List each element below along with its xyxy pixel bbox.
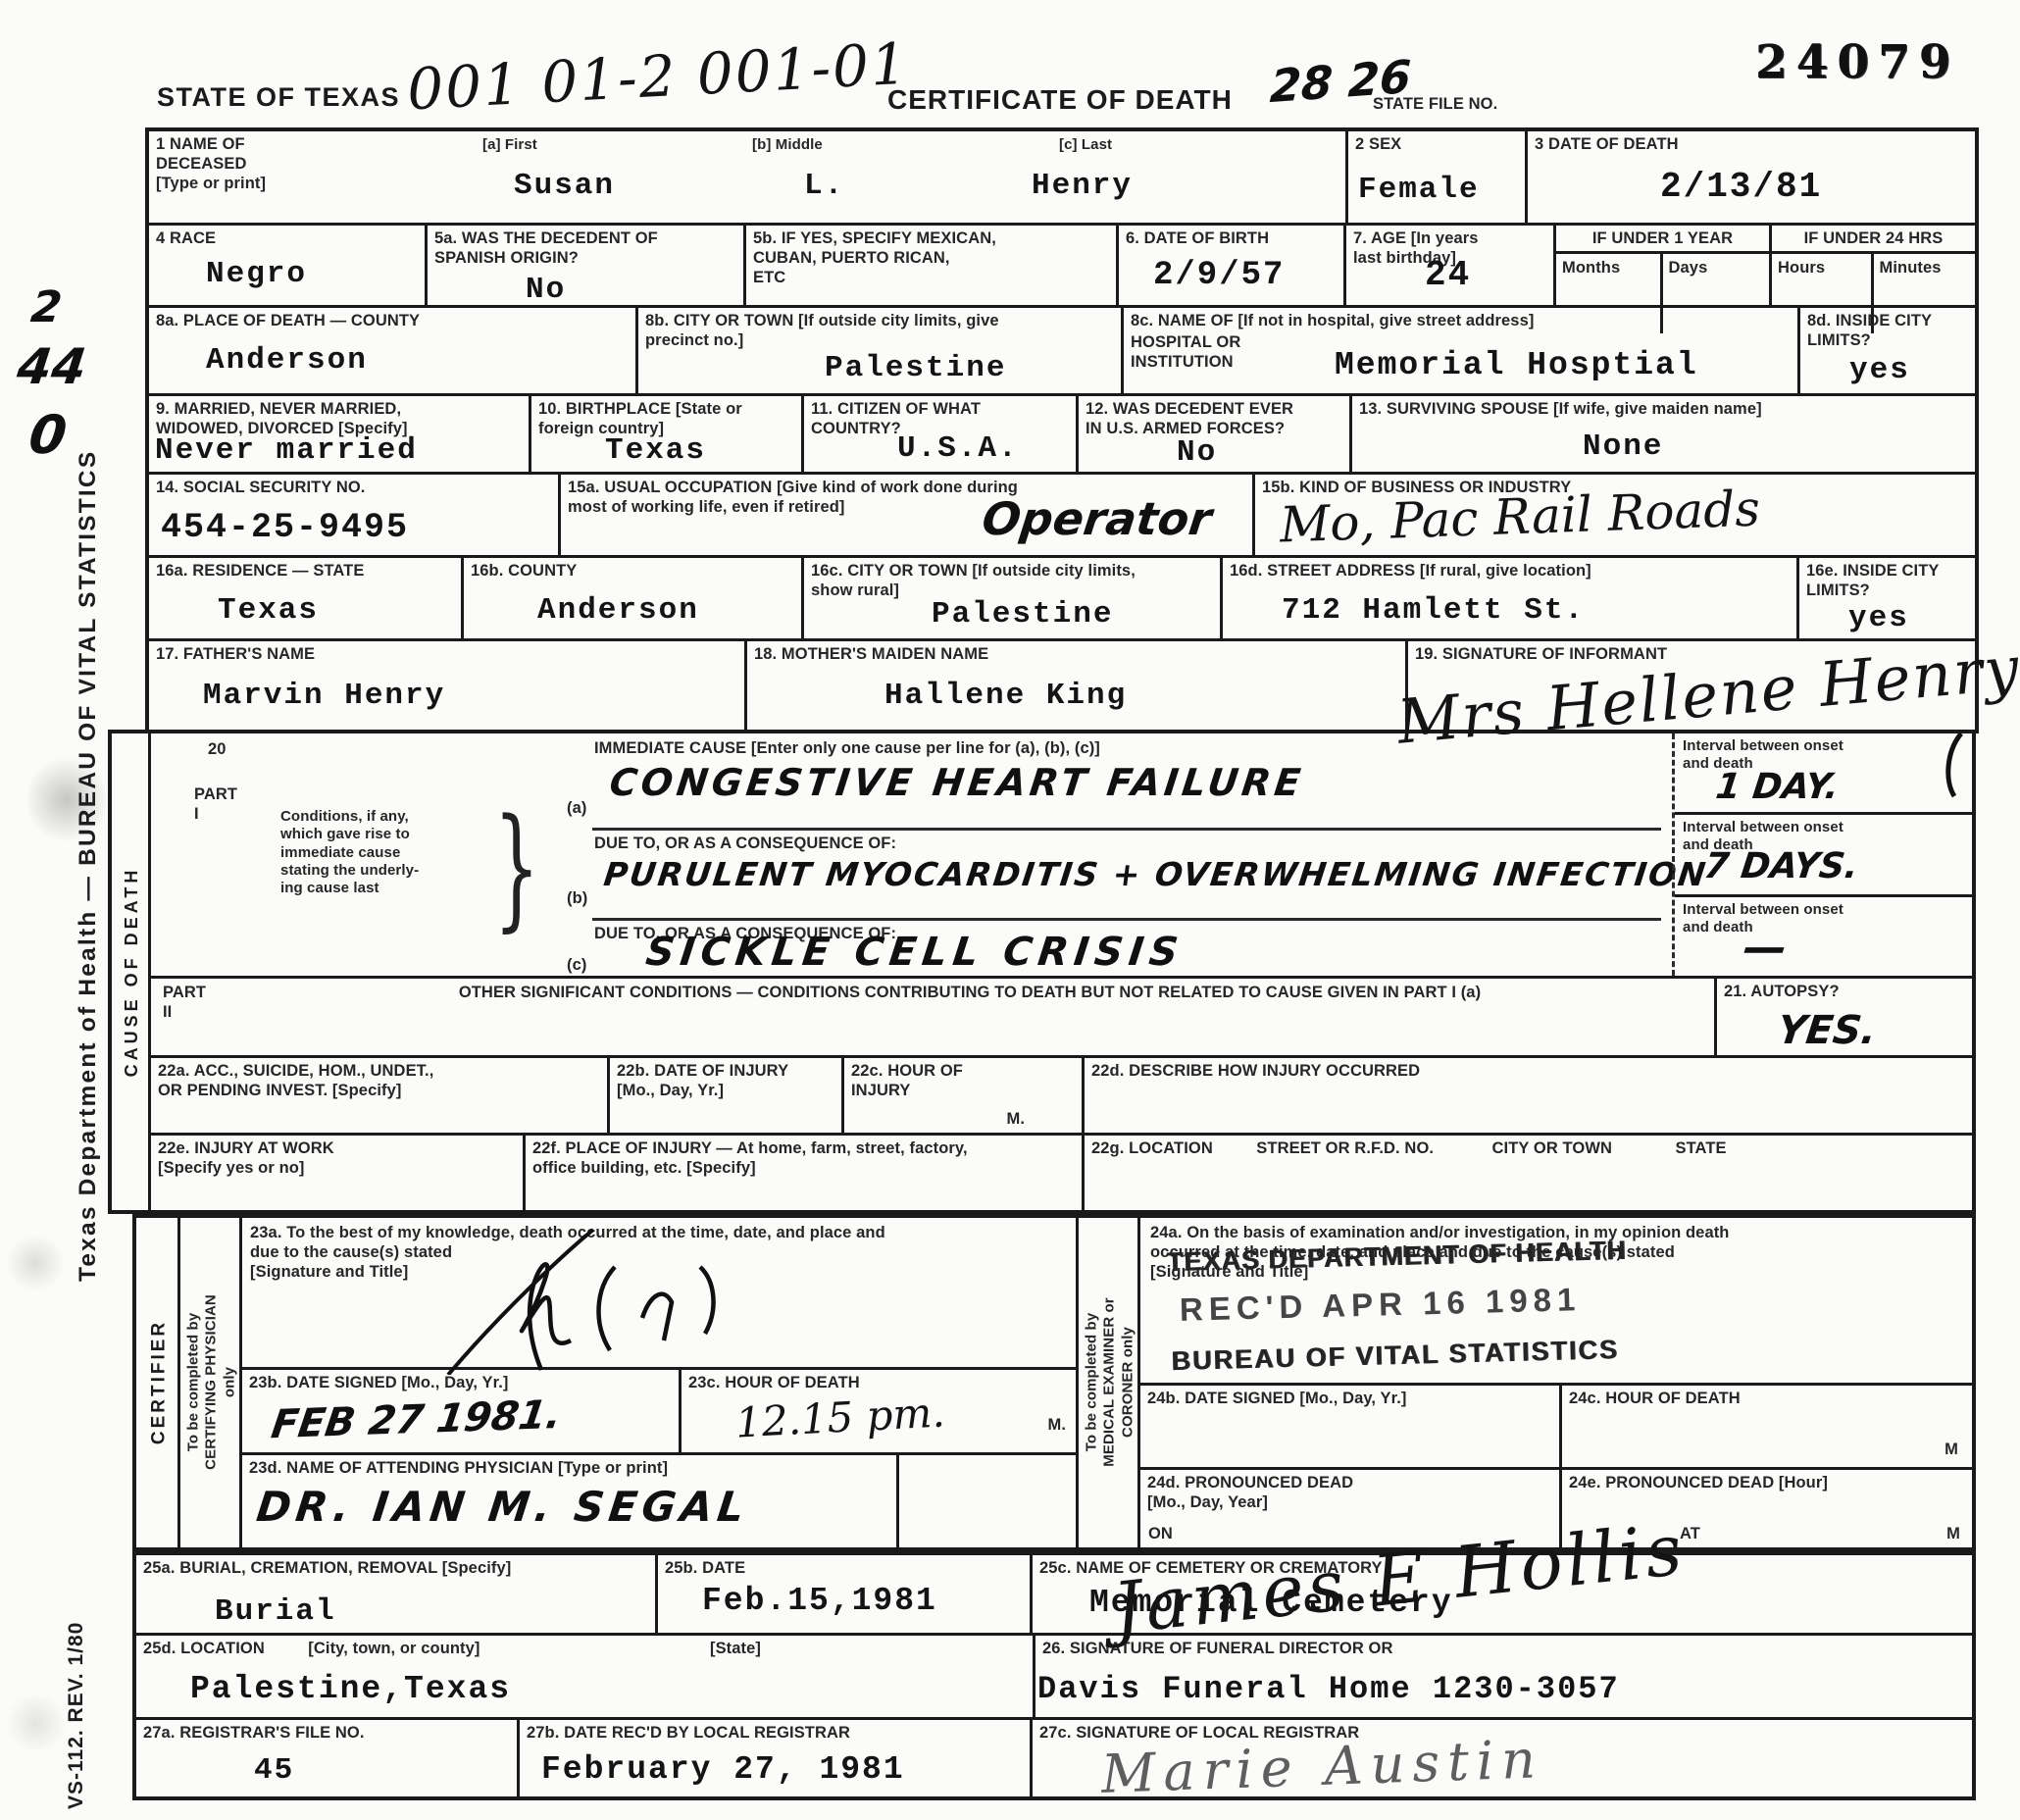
cause-part1-block: 20 PART I Conditions, if any, which gave… [151, 733, 1972, 979]
field-spanish-origin: 5a. WAS THE DECEDENT OF SPANISH ORIGIN? … [428, 226, 746, 305]
residence-county-value: Anderson [537, 593, 699, 628]
field-name-label: 1 NAME OF DECEASED [Type or print] [156, 134, 377, 193]
cause-line-b-value: PURULENT MYOCARDITIS + OVERWHELMING INFE… [602, 855, 1710, 893]
row-place-of-death: 8a. PLACE OF DEATH — COUNTY Anderson 8b.… [149, 308, 1975, 396]
row-location-funeral: 25d. LOCATION [City, town, or county] [S… [136, 1636, 1972, 1720]
hour-of-death-23c-value: 12.15 pm. [734, 1388, 946, 1446]
scan-smudge [6, 1234, 65, 1292]
form-upper-section: 1 NAME OF DECEASED [Type or print] [a] F… [145, 127, 1979, 733]
field-residence-city: 16c. CITY OR TOWN [If outside city limit… [804, 558, 1223, 638]
autopsy-value: YES. [1775, 1008, 1879, 1053]
place-county-label: 8a. PLACE OF DEATH — COUNTY [156, 311, 629, 330]
field-marital-status: 9. MARRIED, NEVER MARRIED, WIDOWED, DIVO… [149, 396, 531, 472]
field-funeral-director: 26. SIGNATURE OF FUNERAL DIRECTOR OR Dav… [1035, 1636, 1969, 1717]
residence-city-value: Palestine [932, 597, 1113, 632]
father-name-value: Marvin Henry [203, 679, 445, 713]
ssn-label: 14. SOCIAL SECURITY NO. [156, 478, 551, 497]
cause-line-b-rule [592, 918, 1661, 921]
field-business-industry: 15b. KIND OF BUSINESS OR INDUSTRY Mo, Pa… [1255, 475, 1975, 555]
field-place-city: 8b. CITY OR TOWN [If outside city limits… [638, 308, 1124, 393]
immediate-cause-label: IMMEDIATE CAUSE [Enter only one cause pe… [594, 738, 1100, 758]
certifying-physician-strip: To be completed by CERTIFYING PHYSICIAN … [180, 1218, 242, 1547]
middle-name-label: [b] Middle [752, 136, 823, 154]
stamp-line-3: BUREAU OF VITAL STATISTICS [1171, 1335, 1630, 1377]
burial-type-label: 25a. BURIAL, CREMATION, REMOVAL [Specify… [143, 1558, 648, 1578]
spanish-origin-label: 5a. WAS THE DECEDENT OF SPANISH ORIGIN? [434, 228, 736, 268]
burial-date-label: 25b. DATE [665, 1558, 1023, 1578]
how-injury-label: 22d. DESCRIBE HOW INJURY OCCURRED [1091, 1061, 1962, 1081]
ssn-value: 454-25-9495 [161, 508, 409, 547]
hospital-label: 8c. NAME OF [If not in hospital, give st… [1131, 311, 1791, 330]
pronounced-on-label: ON [1148, 1524, 1173, 1543]
handwritten-file-numbers: 001 01-2 001-01 [406, 30, 911, 124]
interval-c-label: Interval between onset and death [1683, 901, 1964, 937]
field-hour-of-injury: 22c. HOUR OF INJURY M. [844, 1058, 1085, 1133]
date-signed-24b-label: 24b. DATE SIGNED [Mo., Day, Yr.] [1147, 1389, 1552, 1408]
row-race-age: 4 RACE Negro 5a. WAS THE DECEDENT OF SPA… [149, 226, 1975, 308]
sex-label: 2 SEX [1355, 134, 1518, 154]
mother-maiden-value: Hallene King [884, 679, 1127, 713]
field-sex: 2 SEX Female [1348, 131, 1528, 223]
field-burial-type: 25a. BURIAL, CREMATION, REMOVAL [Specify… [136, 1555, 658, 1633]
field-registrar-date: 27b. DATE REC'D BY LOCAL REGISTRAR Febru… [520, 1720, 1033, 1796]
interval-a-value: 1 DAY. [1713, 767, 1841, 807]
row-marital: 9. MARRIED, NEVER MARRIED, WIDOWED, DIVO… [149, 396, 1975, 475]
part2-text: OTHER SIGNIFICANT CONDITIONS — CONDITION… [269, 983, 1671, 1002]
field-if-under-24-hrs: IF UNDER 24 HRS Hours Minutes [1772, 226, 1975, 305]
row-parents-informant: 17. FATHER'S NAME Marvin Henry 18. MOTHE… [149, 641, 1975, 730]
injury-row-2: 22e. INJURY AT WORK [Specify yes or no] … [151, 1136, 1972, 1210]
field-date-signed-24b: 24b. DATE SIGNED [Mo., Day, Yr.] [1140, 1386, 1562, 1467]
margin-note-1: 2 [28, 282, 65, 332]
date-of-death-value: 2/13/81 [1660, 167, 1822, 207]
field-specify-origin: 5b. IF YES, SPECIFY MEXICAN, CUBAN, PUER… [746, 226, 1119, 305]
cause-line-c-value: SICKLE CELL CRISIS [643, 930, 1187, 975]
field-hour-of-death-23c: 23c. HOUR OF DEATH 12.15 pm. M. [682, 1370, 1076, 1452]
injury-city-header: CITY OR TOWN [1492, 1139, 1613, 1157]
hour-of-death-24c-label: 24c. HOUR OF DEATH [1569, 1389, 1965, 1408]
field-surviving-spouse: 13. SURVIVING SPOUSE [If wife, give maid… [1352, 396, 1975, 472]
stamp-line-2: REC'D APR 16 1981 [1180, 1280, 1629, 1329]
burial-location-sub1: [City, town, or county] [308, 1640, 480, 1657]
field-inside-city-limits-16e: 16e. INSIDE CITY LIMITS? yes [1799, 558, 1975, 638]
field-hour-of-death-24c: 24c. HOUR OF DEATH M [1562, 1386, 1972, 1467]
sex-value: Female [1358, 173, 1480, 207]
date-of-birth-label: 6. DATE OF BIRTH [1126, 228, 1337, 248]
cause-line-a-rule [592, 828, 1661, 831]
spanish-origin-value: No [526, 273, 566, 307]
date-of-injury-label: 22b. DATE OF INJURY [Mo., Day, Yr.] [617, 1061, 834, 1100]
state-of-texas-heading: STATE OF TEXAS [157, 82, 400, 113]
row-24b-24c: 24b. DATE SIGNED [Mo., Day, Yr.] 24c. HO… [1140, 1386, 1972, 1470]
field-citizen: 11. CITIZEN OF WHAT COUNTRY? U.S.A. [804, 396, 1079, 472]
certifier-section: CERTIFIER To be completed by CERTIFYING … [132, 1214, 1976, 1551]
certifier-vertical-label: CERTIFIER [137, 1218, 181, 1547]
registrar-file-label: 27a. REGISTRAR'S FILE NO. [143, 1723, 510, 1743]
marital-value: Never married [155, 433, 418, 468]
examiner-content: 24a. On the basis of examination and/or … [1140, 1218, 1972, 1547]
received-stamp: TEXAS DEPARTMENT OF HEALTH REC'D APR 16 … [1166, 1236, 1629, 1377]
registrar-file-value: 45 [254, 1753, 294, 1788]
field-residence-state: 16a. RESIDENCE — STATE Texas [149, 558, 464, 638]
field-burial-location: 25d. LOCATION [City, town, or county] [S… [136, 1636, 1035, 1717]
interval-c-box: Interval between onset and death — [1675, 897, 1972, 976]
part2-label: PART II [163, 983, 206, 1022]
under-1-year-label: IF UNDER 1 YEAR [1556, 226, 1769, 254]
interval-column: Interval between onset and death 1 DAY. … [1672, 733, 1972, 976]
place-of-injury-label: 22f. PLACE OF INJURY — At home, farm, st… [532, 1138, 1075, 1178]
disposition-section: 25a. BURIAL, CREMATION, REMOVAL [Specify… [132, 1551, 1976, 1800]
row-registrar: 27a. REGISTRAR'S FILE NO. 45 27b. DATE R… [136, 1720, 1972, 1796]
margin-note-2: 44 [14, 338, 89, 395]
field-injury-location: 22g. LOCATION STREET OR R.F.D. NO. CITY … [1085, 1136, 1969, 1210]
street-address-label: 16d. STREET ADDRESS [If rural, give loca… [1230, 561, 1790, 581]
interval-b-box: Interval between onset and death 7 DAYS. [1675, 815, 1972, 897]
cause-of-death-side-strip: CAUSE OF DEATH [112, 733, 151, 1210]
injury-row-1: 22a. ACC., SUICIDE, HOM., UNDET., OR PEN… [151, 1058, 1972, 1136]
citizen-value: U.S.A. [897, 431, 1019, 466]
hour-of-injury-label: 22c. HOUR OF INJURY [851, 1061, 1075, 1100]
birthplace-value: Texas [605, 433, 706, 468]
cause-of-death-content: 20 PART I Conditions, if any, which gave… [151, 733, 1972, 1210]
medical-examiner-vertical-text: To be completed by MEDICAL EXAMINER or C… [1080, 1218, 1141, 1547]
inside-limits-8d-label: 8d. INSIDE CITY LIMITS? [1807, 311, 1968, 350]
pronounced-dead-label: 24d. PRONOUNCED DEAD [Mo., Day, Year] [1147, 1473, 1552, 1512]
under-24-hrs-label: IF UNDER 24 HRS [1772, 226, 1975, 254]
armed-forces-value: No [1177, 435, 1217, 470]
field-how-injury-occurred: 22d. DESCRIBE HOW INJURY OCCURRED [1085, 1058, 1969, 1133]
hospital-value: Memorial Hosptial [1335, 347, 1698, 383]
physician-content: 23a. To the best of my knowledge, death … [242, 1218, 1079, 1547]
autopsy-label: 21. AUTOPSY? [1724, 982, 1959, 1001]
field-armed-forces: 12. WAS DECEDENT EVER IN U.S. ARMED FORC… [1079, 396, 1352, 472]
middle-name-value: L. [804, 169, 844, 203]
row-burial: 25a. BURIAL, CREMATION, REMOVAL [Specify… [136, 1555, 1972, 1636]
armed-forces-label: 12. WAS DECEDENT EVER IN U.S. ARMED FORC… [1086, 399, 1342, 438]
field-residence-county: 16b. COUNTY Anderson [464, 558, 804, 638]
burial-location-label: 25d. LOCATION [143, 1640, 265, 1657]
row-name: 1 NAME OF DECEASED [Type or print] [a] F… [149, 131, 1975, 226]
registrar-date-label: 27b. DATE REC'D BY LOCAL REGISTRAR [527, 1723, 1023, 1743]
conditions-bracket: } [493, 790, 539, 944]
burial-type-value: Burial [215, 1594, 336, 1629]
row-23b-23c: 23b. DATE SIGNED [Mo., Day, Yr.] FEB 27 … [242, 1370, 1076, 1455]
race-label: 4 RACE [156, 228, 418, 248]
physician-signature [389, 1228, 811, 1375]
field-injury-at-work: 22e. INJURY AT WORK [Specify yes or no] [151, 1136, 526, 1210]
certificate-number-stamp: 24079 [1755, 35, 1960, 89]
residence-state-value: Texas [218, 593, 319, 628]
field-attending-physician: 23d. NAME OF ATTENDING PHYSICIAN [Type o… [242, 1455, 899, 1547]
place-city-label: 8b. CITY OR TOWN [If outside city limits… [645, 311, 1114, 350]
field-date-of-injury: 22b. DATE OF INJURY [Mo., Day, Yr.] [610, 1058, 844, 1133]
cause-part2-row: PART II OTHER SIGNIFICANT CONDITIONS — C… [151, 979, 1972, 1058]
first-name-value: Susan [514, 169, 615, 203]
spouse-label: 13. SURVIVING SPOUSE [If wife, give maid… [1359, 399, 1968, 419]
date-of-death-label: 3 DATE OF DEATH [1535, 134, 1968, 154]
spouse-value: None [1583, 430, 1663, 464]
cause-item-number: 20 [208, 739, 227, 759]
occupation-value: Operator [980, 492, 1215, 545]
burial-location-sub2: [State] [710, 1640, 761, 1657]
field-usual-occupation: 15a. USUAL OCCUPATION [Give kind of work… [561, 475, 1255, 555]
first-name-label: [a] First [482, 136, 537, 154]
medical-examiner-strip: To be completed by MEDICAL EXAMINER or C… [1079, 1218, 1140, 1547]
field-inside-city-limits-8d: 8d. INSIDE CITY LIMITS? yes [1800, 308, 1975, 393]
cause-part1-label: PART I [194, 784, 237, 824]
field-autopsy: 21. AUTOPSY? YES. [1717, 979, 1966, 1055]
field-burial-date: 25b. DATE Feb.15,1981 [658, 1555, 1033, 1633]
cause-line-b-tag: (b) [567, 888, 587, 908]
mother-maiden-label: 18. MOTHER'S MAIDEN NAME [754, 644, 1398, 664]
father-name-label: 17. FATHER'S NAME [156, 644, 737, 664]
injury-at-work-label: 22e. INJURY AT WORK [Specify yes or no] [158, 1138, 516, 1178]
scan-smudge [2, 1696, 71, 1750]
specify-origin-label: 5b. IF YES, SPECIFY MEXICAN, CUBAN, PUER… [753, 228, 1109, 287]
row-residence: 16a. RESIDENCE — STATE Texas 16b. COUNTY… [149, 558, 1975, 641]
state-file-no-label: STATE FILE NO. [1373, 94, 1497, 114]
date-signed-label: 23b. DATE SIGNED [Mo., Day, Yr.] [249, 1373, 672, 1392]
field-24a-certification: 24a. On the basis of examination and/or … [1140, 1218, 1972, 1386]
pronounced-dead-hour-label: 24e. PRONOUNCED DEAD [Hour] [1569, 1473, 1965, 1492]
burial-location-value: Palestine,Texas [190, 1671, 511, 1707]
field-father-name: 17. FATHER'S NAME Marvin Henry [149, 641, 747, 730]
last-name-value: Henry [1032, 169, 1133, 203]
interval-b-value: 7 DAYS. [1701, 846, 1860, 886]
burial-date-value: Feb.15,1981 [702, 1583, 937, 1619]
field-place-of-death-county: 8a. PLACE OF DEATH — COUNTY Anderson [149, 308, 638, 393]
part2-conditions: PART II OTHER SIGNIFICANT CONDITIONS — C… [151, 979, 1717, 1055]
field-registrar-file-no: 27a. REGISTRAR'S FILE NO. 45 [136, 1720, 520, 1796]
due-to-label-1: DUE TO, OR AS A CONSEQUENCE OF: [594, 834, 896, 853]
field-date-signed-23b: 23b. DATE SIGNED [Mo., Day, Yr.] FEB 27 … [242, 1370, 682, 1452]
field-23a-certification: 23a. To the best of my knowledge, death … [242, 1218, 1076, 1370]
funeral-home-value: Davis Funeral Home 1230-3057 [1037, 1671, 1620, 1707]
cause-line-a-value: CONGESTIVE HEART FAILURE [607, 761, 1306, 804]
hour-of-death-23c-label: 23c. HOUR OF DEATH [688, 1373, 1069, 1392]
field-if-under-1-year: IF UNDER 1 YEAR Months Days [1556, 226, 1772, 305]
hour-of-injury-m: M. [1006, 1109, 1025, 1129]
hour-23c-m: M. [1047, 1415, 1066, 1435]
cause-conditions-note: Conditions, if any, which gave rise to i… [280, 808, 521, 897]
field-date-of-death: 3 DATE OF DEATH 2/13/81 [1528, 131, 1975, 223]
field-informant-signature: 19. SIGNATURE OF INFORMANT Mrs Hellene H… [1408, 641, 1975, 730]
injury-location-label: 22g. LOCATION [1091, 1139, 1213, 1157]
last-name-label: [c] Last [1059, 136, 1112, 154]
stray-pen-stroke [1917, 732, 1966, 800]
field-acc-suicide: 22a. ACC., SUICIDE, HOM., UNDET., OR PEN… [151, 1058, 610, 1133]
death-certificate-scan: Texas Department of Health — BUREAU OF V… [0, 0, 2020, 1820]
residence-city-label: 16c. CITY OR TOWN [If outside city limit… [811, 561, 1213, 600]
row-23d: 23d. NAME OF ATTENDING PHYSICIAN [Type o… [242, 1455, 1076, 1547]
inside-limits-8d-value: yes [1849, 353, 1910, 387]
place-county-value: Anderson [206, 343, 368, 378]
field-hospital-name: 8c. NAME OF [If not in hospital, give st… [1124, 308, 1800, 393]
field-race: 4 RACE Negro [149, 226, 428, 305]
inside-limits-16e-label: 16e. INSIDE CITY LIMITS? [1806, 561, 1968, 600]
field-mother-maiden-name: 18. MOTHER'S MAIDEN NAME Hallene King [747, 641, 1408, 730]
field-name-of-deceased: 1 NAME OF DECEASED [Type or print] [a] F… [149, 131, 1348, 223]
hour-24c-m: M [1944, 1440, 1958, 1459]
cause-line-c-tag: (c) [567, 955, 586, 975]
injury-street-header: STREET OR R.F.D. NO. [1256, 1139, 1434, 1157]
attending-physician-label: 23d. NAME OF ATTENDING PHYSICIAN [Type o… [249, 1458, 889, 1478]
interval-c-value: — [1741, 923, 1790, 973]
cause-of-death-section: CAUSE OF DEATH 20 PART I Conditions, if … [108, 730, 1976, 1214]
residence-county-label: 16b. COUNTY [471, 561, 794, 581]
registrar-date-value: February 27, 1981 [541, 1751, 905, 1788]
age-value: 24 [1425, 255, 1471, 295]
acc-suicide-label: 22a. ACC., SUICIDE, HOM., UNDET., OR PEN… [158, 1061, 600, 1100]
field-place-of-injury: 22f. PLACE OF INJURY — At home, farm, st… [526, 1136, 1085, 1210]
inside-limits-16e-value: yes [1848, 601, 1909, 635]
pronounced-m-label: M [1946, 1524, 1960, 1543]
race-value: Negro [206, 257, 307, 291]
interval-a-box: Interval between onset and death 1 DAY. [1675, 733, 1972, 815]
cause-line-a-tag: (a) [567, 798, 586, 818]
field-age: 7. AGE [In years last birthday] 24 [1346, 226, 1556, 305]
field-registrar-signature: 27c. SIGNATURE OF LOCAL REGISTRAR Marie … [1033, 1720, 1966, 1796]
place-city-value: Palestine [825, 351, 1006, 385]
street-address-value: 712 Hamlett St. [1282, 593, 1585, 628]
date-signed-value: FEB 27 1981. [269, 1392, 565, 1448]
margin-note-3: 0 [25, 404, 70, 466]
field-street-address: 16d. STREET ADDRESS [If rural, give loca… [1223, 558, 1799, 638]
bureau-vertical-text: Texas Department of Health — BUREAU OF V… [75, 90, 106, 1282]
date-of-birth-value: 2/9/57 [1153, 257, 1285, 294]
field-birthplace: 10. BIRTHPLACE [State or foreign country… [531, 396, 804, 472]
cause-of-death-vertical-label: CAUSE OF DEATH [112, 733, 151, 1210]
injury-state-header: STATE [1675, 1139, 1726, 1157]
field-23d-empty [899, 1455, 1076, 1547]
row-ssn-occupation: 14. SOCIAL SECURITY NO. 454-25-9495 15a.… [149, 475, 1975, 558]
certifying-physician-vertical-text: To be completed by CERTIFYING PHYSICIAN … [181, 1218, 243, 1547]
field-date-of-birth: 6. DATE OF BIRTH 2/9/57 [1119, 226, 1346, 305]
attending-physician-value: DR. IAN M. SEGAL [254, 1483, 752, 1531]
form-revision-vertical-text: VS-112. REV. 1/80 [65, 1520, 90, 1809]
residence-state-label: 16a. RESIDENCE — STATE [156, 561, 454, 581]
field-ssn: 14. SOCIAL SECURITY NO. 454-25-9495 [149, 475, 561, 555]
certificate-title: CERTIFICATE OF DEATH [887, 84, 1233, 116]
certifier-side-strip: CERTIFIER [136, 1218, 180, 1547]
